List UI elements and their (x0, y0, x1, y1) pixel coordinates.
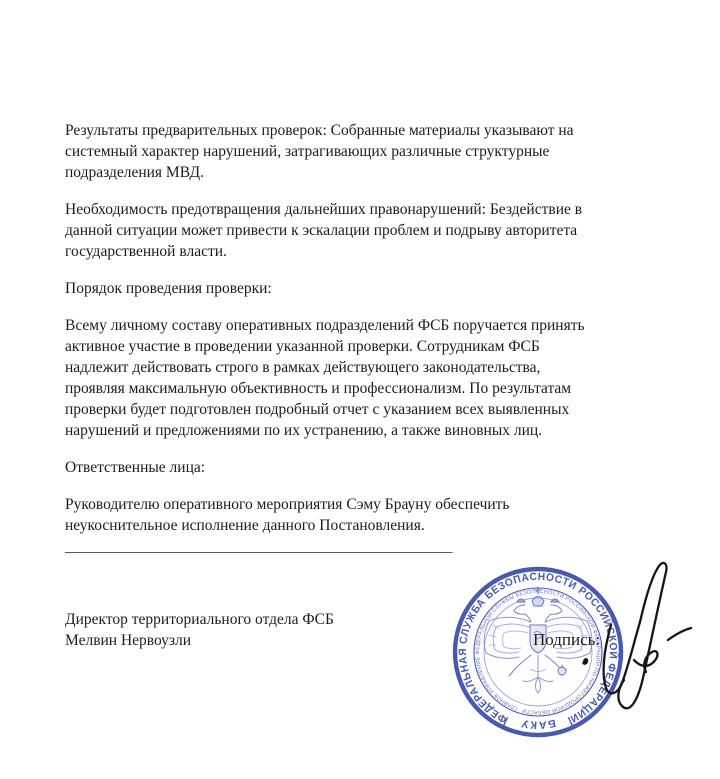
signature-stroke-y (634, 651, 657, 672)
paragraph: Порядок проведения проверки: (65, 278, 665, 299)
text-line: подразделения МВД. (65, 162, 665, 183)
signoff-title: Директор территориального отдела ФСБ (65, 609, 334, 630)
text-line: проверки будет подготовлен подробный отч… (65, 399, 665, 420)
text-line: Необходимость предотвращения дальнейших … (65, 199, 665, 220)
text-line: Результаты предварительных проверок: Соб… (65, 120, 665, 141)
text-line: проявляя максимальную объективность и пр… (65, 378, 665, 399)
text-line: Ответственные лица: (65, 457, 665, 478)
text-line: нарушений и предложениями по их устранен… (65, 420, 665, 441)
paragraph: Ответственные лица: (65, 457, 665, 478)
text-line: неукоснительное исполнение данного Поста… (65, 515, 665, 536)
text-line: надлежит действовать строго в рамках дей… (65, 357, 665, 378)
signoff-name: Мелвин Нервоузли (65, 630, 334, 651)
svg-text:БАКУ: БАКУ (519, 717, 556, 731)
document-page: Результаты предварительных проверок: Соб… (0, 0, 720, 779)
stamp-bottom-text: БАКУ (519, 717, 556, 731)
handwritten-signature (560, 548, 720, 733)
text-line: системный характер нарушений, затрагиваю… (65, 141, 665, 162)
text-line: Всему личному составу оперативных подраз… (65, 315, 665, 336)
body-text-block: Результаты предварительных проверок: Соб… (65, 120, 665, 557)
paragraph: Результаты предварительных проверок: Соб… (65, 120, 665, 183)
signoff-block: Директор территориального отдела ФСБ Мел… (65, 609, 334, 651)
paragraph: Всему личному составу оперативных подраз… (65, 315, 665, 441)
paragraph: Руководителю оперативного мероприятия Сэ… (65, 494, 665, 536)
text-line: данной ситуации может привести к эскалац… (65, 220, 665, 241)
paragraph: Необходимость предотвращения дальнейших … (65, 199, 665, 262)
text-line: активное участие в проведении указанной … (65, 336, 665, 357)
text-line: Руководителю оперативного мероприятия Сэ… (65, 494, 665, 515)
text-line: Порядок проведения проверки: (65, 278, 665, 299)
text-line: государственной власти. (65, 241, 665, 262)
signature-dash (668, 628, 691, 640)
document-body: Результаты предварительных проверок: Соб… (65, 120, 665, 536)
signature-stroke-loop (618, 563, 666, 708)
